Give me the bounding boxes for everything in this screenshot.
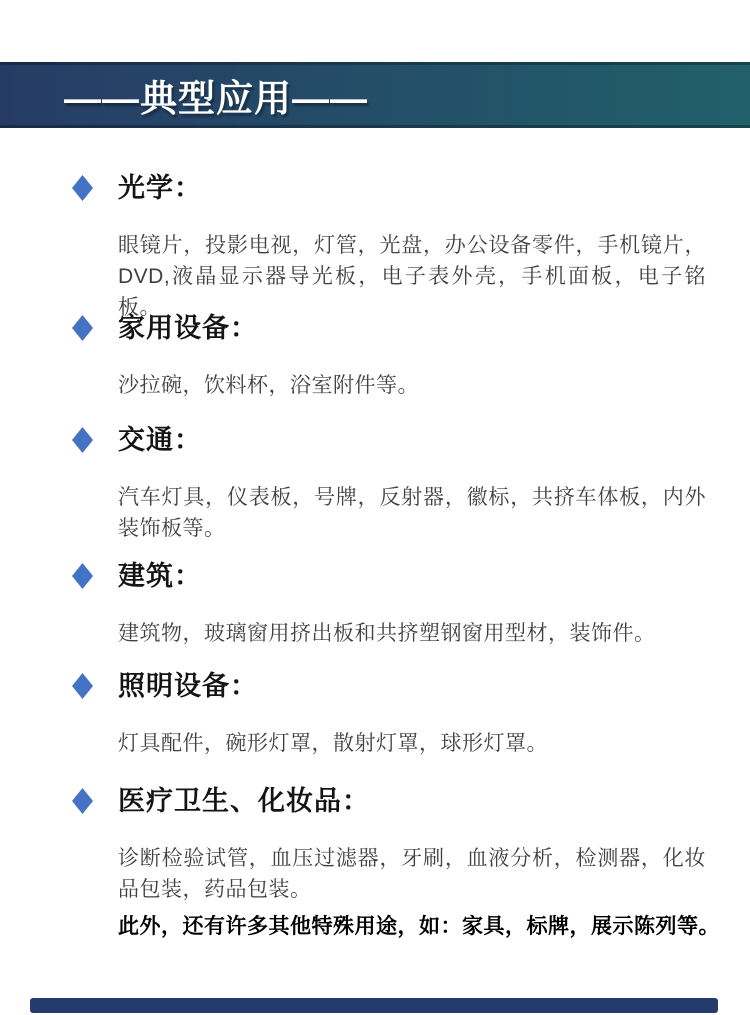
section-household: 家用设备： 沙拉碗，饮料杯，浴室附件等。	[72, 308, 706, 401]
page: ——典型应用—— 光学： 眼镜片，投影电视，灯管，光盘，办公设备零件，手机镜片，…	[0, 0, 750, 1015]
section-body: 灯具配件，碗形灯罩，散射灯罩，球形灯罩。	[118, 728, 706, 759]
diamond-bullet-icon	[72, 175, 93, 201]
section-header: 照明设备：	[72, 666, 706, 706]
section-header: 医疗卫生、化妆品：	[72, 781, 706, 821]
section-header: 交通：	[72, 420, 706, 460]
section-body: 沙拉碗，饮料杯，浴室附件等。	[118, 370, 706, 401]
section-body: 建筑物，玻璃窗用挤出板和共挤塑钢窗用型材，装饰件。	[118, 618, 706, 649]
section-heading: 交通：	[118, 420, 202, 460]
section-transport: 交通： 汽车灯具，仪表板，号牌，反射器，徽标，共挤车体板，内外装饰板等。	[72, 420, 706, 544]
section-construction: 建筑： 建筑物，玻璃窗用挤出板和共挤塑钢窗用型材，装饰件。	[72, 556, 706, 649]
header-banner: ——典型应用——	[0, 62, 750, 128]
section-lighting: 照明设备： 灯具配件，碗形灯罩，散射灯罩，球形灯罩。	[72, 666, 706, 759]
diamond-bullet-icon	[72, 563, 93, 589]
section-header: 家用设备：	[72, 308, 706, 348]
footer-bar	[30, 998, 718, 1013]
diamond-bullet-icon	[72, 673, 93, 699]
section-heading: 医疗卫生、化妆品：	[118, 781, 370, 821]
page-title: ——典型应用——	[64, 68, 368, 122]
section-body: 汽车灯具，仪表板，号牌，反射器，徽标，共挤车体板，内外装饰板等。	[118, 482, 706, 544]
section-medical-cosmetics: 医疗卫生、化妆品： 诊断检验试管，血压过滤器，牙刷，血液分析，检测器，化妆品包装…	[72, 781, 706, 905]
section-heading: 照明设备：	[118, 666, 258, 706]
section-header: 建筑：	[72, 556, 706, 596]
section-heading: 光学：	[118, 168, 202, 208]
section-header: 光学：	[72, 168, 706, 208]
diamond-bullet-icon	[72, 315, 93, 341]
section-heading: 建筑：	[118, 556, 202, 596]
footer-note: 此外，还有许多其他特殊用途，如：家具，标牌，展示陈列等。	[118, 910, 720, 940]
diamond-bullet-icon	[72, 427, 93, 453]
section-body: 诊断检验试管，血压过滤器，牙刷，血液分析，检测器，化妆品包装，药品包装。	[118, 843, 706, 905]
diamond-bullet-icon	[72, 788, 93, 814]
section-heading: 家用设备：	[118, 308, 258, 348]
section-optics: 光学： 眼镜片，投影电视，灯管，光盘，办公设备零件，手机镜片，DVD,液晶显示器…	[72, 168, 706, 323]
